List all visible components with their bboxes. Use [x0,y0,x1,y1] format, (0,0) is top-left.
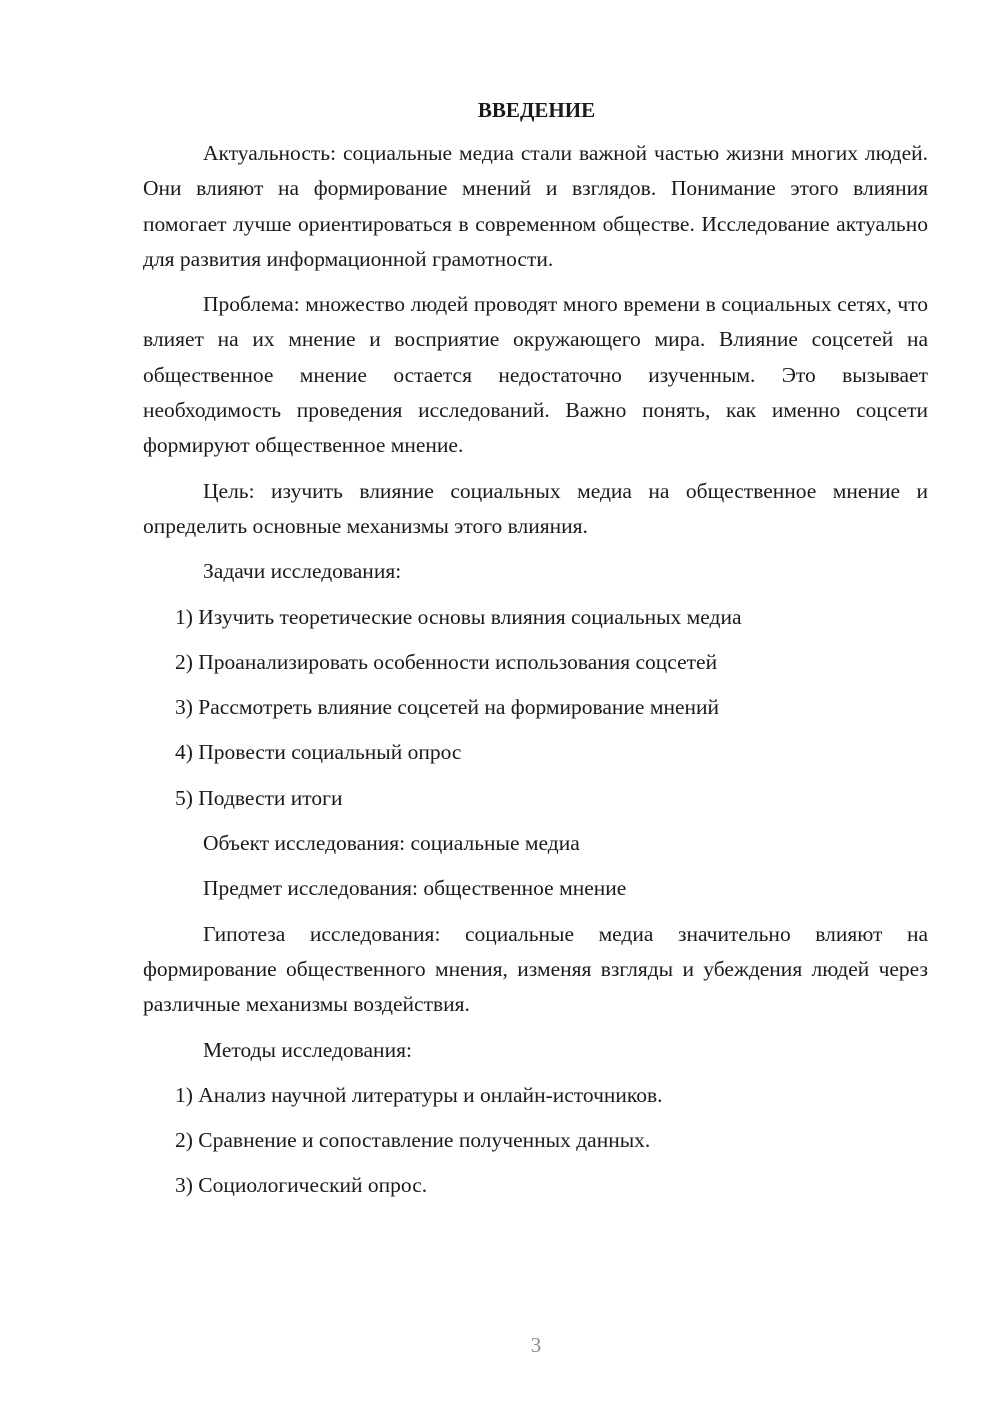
method-item: 2) Сравнение и сопоставление полученных … [143,1123,928,1158]
methods-label: Методы исследования: [143,1033,928,1068]
tasks-label: Задачи исследования: [143,554,928,589]
subject-line: Предмет исследования: общественное мнени… [143,871,928,906]
section-title: ВВЕДЕНИЕ [143,94,928,126]
document-page: ВВЕДЕНИЕ Актуальность: социальные медиа … [143,94,928,1214]
goal-paragraph: Цель: изучить влияние социальных медиа н… [143,474,928,545]
method-item: 1) Анализ научной литературы и онлайн-ис… [143,1078,928,1113]
task-item: 1) Изучить теоретические основы влияния … [143,600,928,635]
problem-paragraph: Проблема: множество людей проводят много… [143,287,928,463]
tasks-list: 1) Изучить теоретические основы влияния … [143,600,928,816]
hypothesis-paragraph: Гипотеза исследования: социальные медиа … [143,917,928,1023]
relevance-paragraph: Актуальность: социальные медиа стали важ… [143,136,928,277]
task-item: 5) Подвести итоги [143,781,928,816]
page-number: 3 [0,1333,1000,1358]
task-item: 3) Рассмотреть влияние соцсетей на форми… [143,690,928,725]
object-line: Объект исследования: социальные медиа [143,826,928,861]
method-item: 3) Социологический опрос. [143,1168,928,1203]
methods-list: 1) Анализ научной литературы и онлайн-ис… [143,1078,928,1204]
task-item: 4) Провести социальный опрос [143,735,928,770]
task-item: 2) Проанализировать особенности использо… [143,645,928,680]
